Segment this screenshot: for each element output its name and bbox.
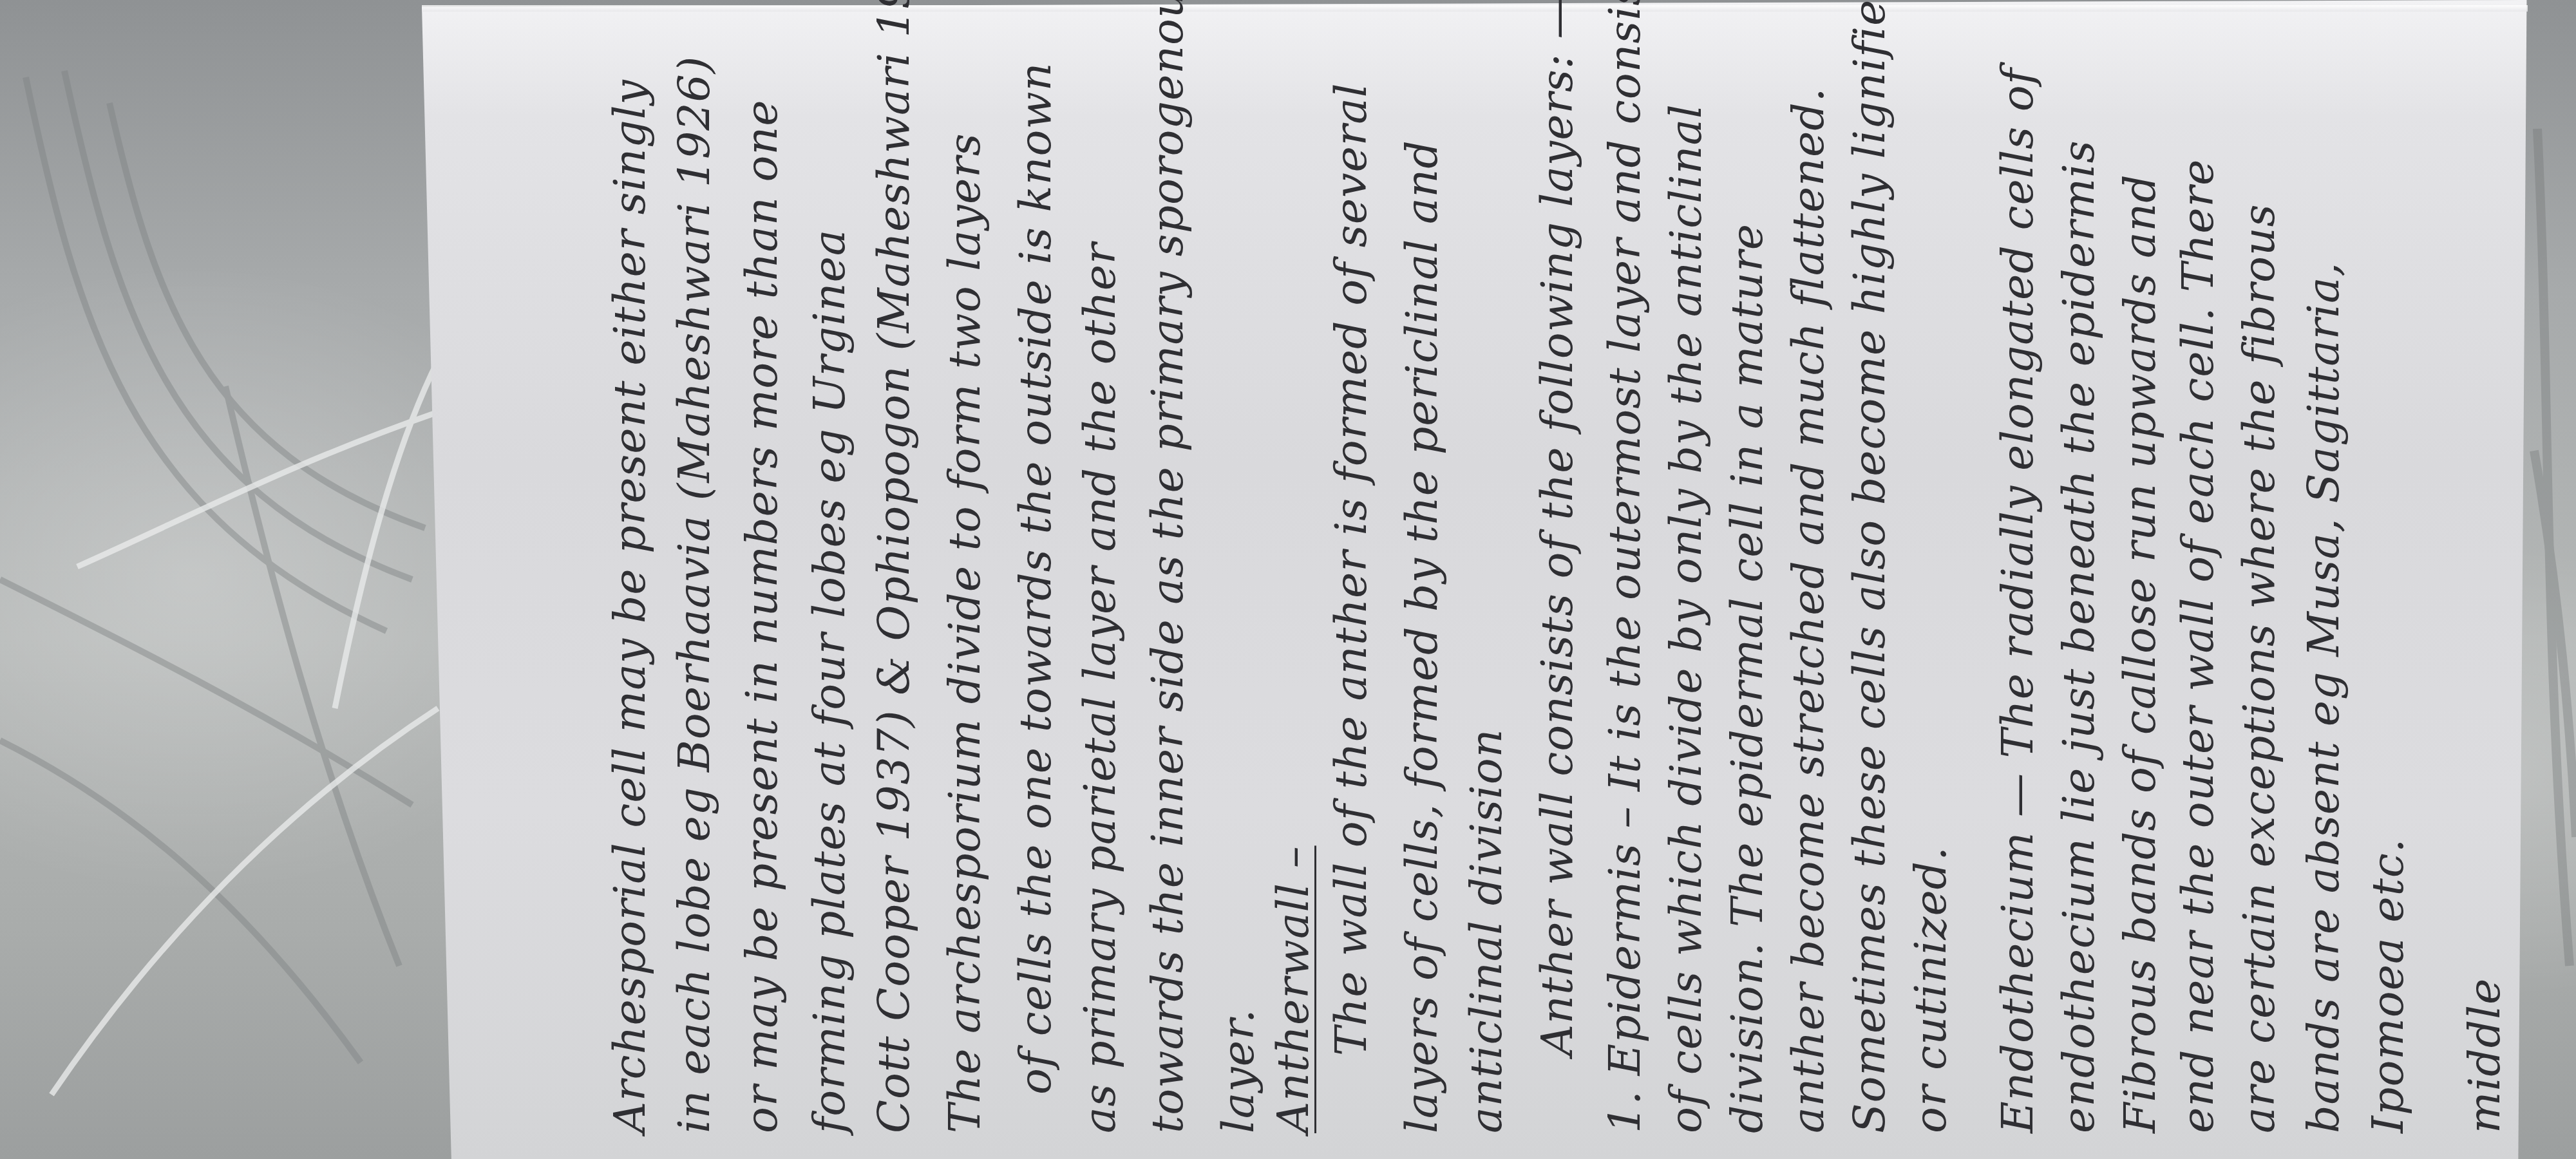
section-heading-middle: middle bbox=[2463, 978, 2507, 1133]
text-line: anther become stretched and much flatten… bbox=[1787, 88, 1831, 1133]
text-line: Fibrous bands of callose run upwards and bbox=[2119, 174, 2163, 1133]
text-line: of cells which divide by only by the ant… bbox=[1665, 104, 1709, 1133]
text-line: end near the outer wall of each cell. Th… bbox=[2177, 159, 2221, 1133]
text-line: or may be present in numbers more than o… bbox=[741, 99, 784, 1133]
text-line: are certain exceptions where the fibrous bbox=[2238, 203, 2282, 1133]
text-line: Cott Cooper 1937) & Ophiopogon (Maheshwa… bbox=[873, 0, 916, 1133]
handwritten-text-block: Archesporial cell may be present either … bbox=[570, 71, 2576, 1133]
text-line: forming plates at four lobes eg Urginea bbox=[808, 229, 852, 1133]
section-heading-antherwall: Antherwall – bbox=[1272, 845, 1316, 1133]
text-line: layer. bbox=[1217, 1008, 1261, 1133]
text-line: as primary parietal layer and the other bbox=[1079, 242, 1122, 1133]
text-line: towards the inner side as the primary sp… bbox=[1146, 0, 1190, 1133]
text-line: The archesporium divide to form two laye… bbox=[943, 133, 987, 1133]
text-line: division. The epidermal cell in a mature bbox=[1726, 223, 1770, 1133]
text-line: anticlinal division bbox=[1465, 728, 1509, 1133]
page-top-edge bbox=[422, 5, 2528, 12]
text-line: or cutinized. bbox=[1909, 846, 1953, 1133]
text-line: endothecium lie just beneath the epiderm… bbox=[2058, 140, 2101, 1133]
text-line: Ipomoea etc. bbox=[2367, 838, 2410, 1133]
text-line: Anther wall consists of the following la… bbox=[1536, 0, 1580, 1133]
list-item-epidermis: 1. Epidermis – It is the outermost layer… bbox=[1604, 0, 1647, 1133]
text-line: bands are absent eg Musa, Sagittaria, bbox=[2302, 262, 2346, 1133]
text-line: in each lobe eg Boerhaavia (Maheshwari 1… bbox=[673, 56, 717, 1133]
text-line: layers of cells, formed by the periclina… bbox=[1401, 140, 1444, 1133]
text-line: Sometimes these cells also become highly… bbox=[1848, 0, 1892, 1133]
text-line: The wall of the anther is formed of seve… bbox=[1330, 83, 1374, 1133]
list-item-endothecium: Endothecium — The radially elongated cel… bbox=[1996, 68, 2040, 1133]
text-line: of cells the one towards the outside is … bbox=[1014, 62, 1058, 1133]
text-line: Archesporial cell may be present either … bbox=[609, 79, 652, 1133]
